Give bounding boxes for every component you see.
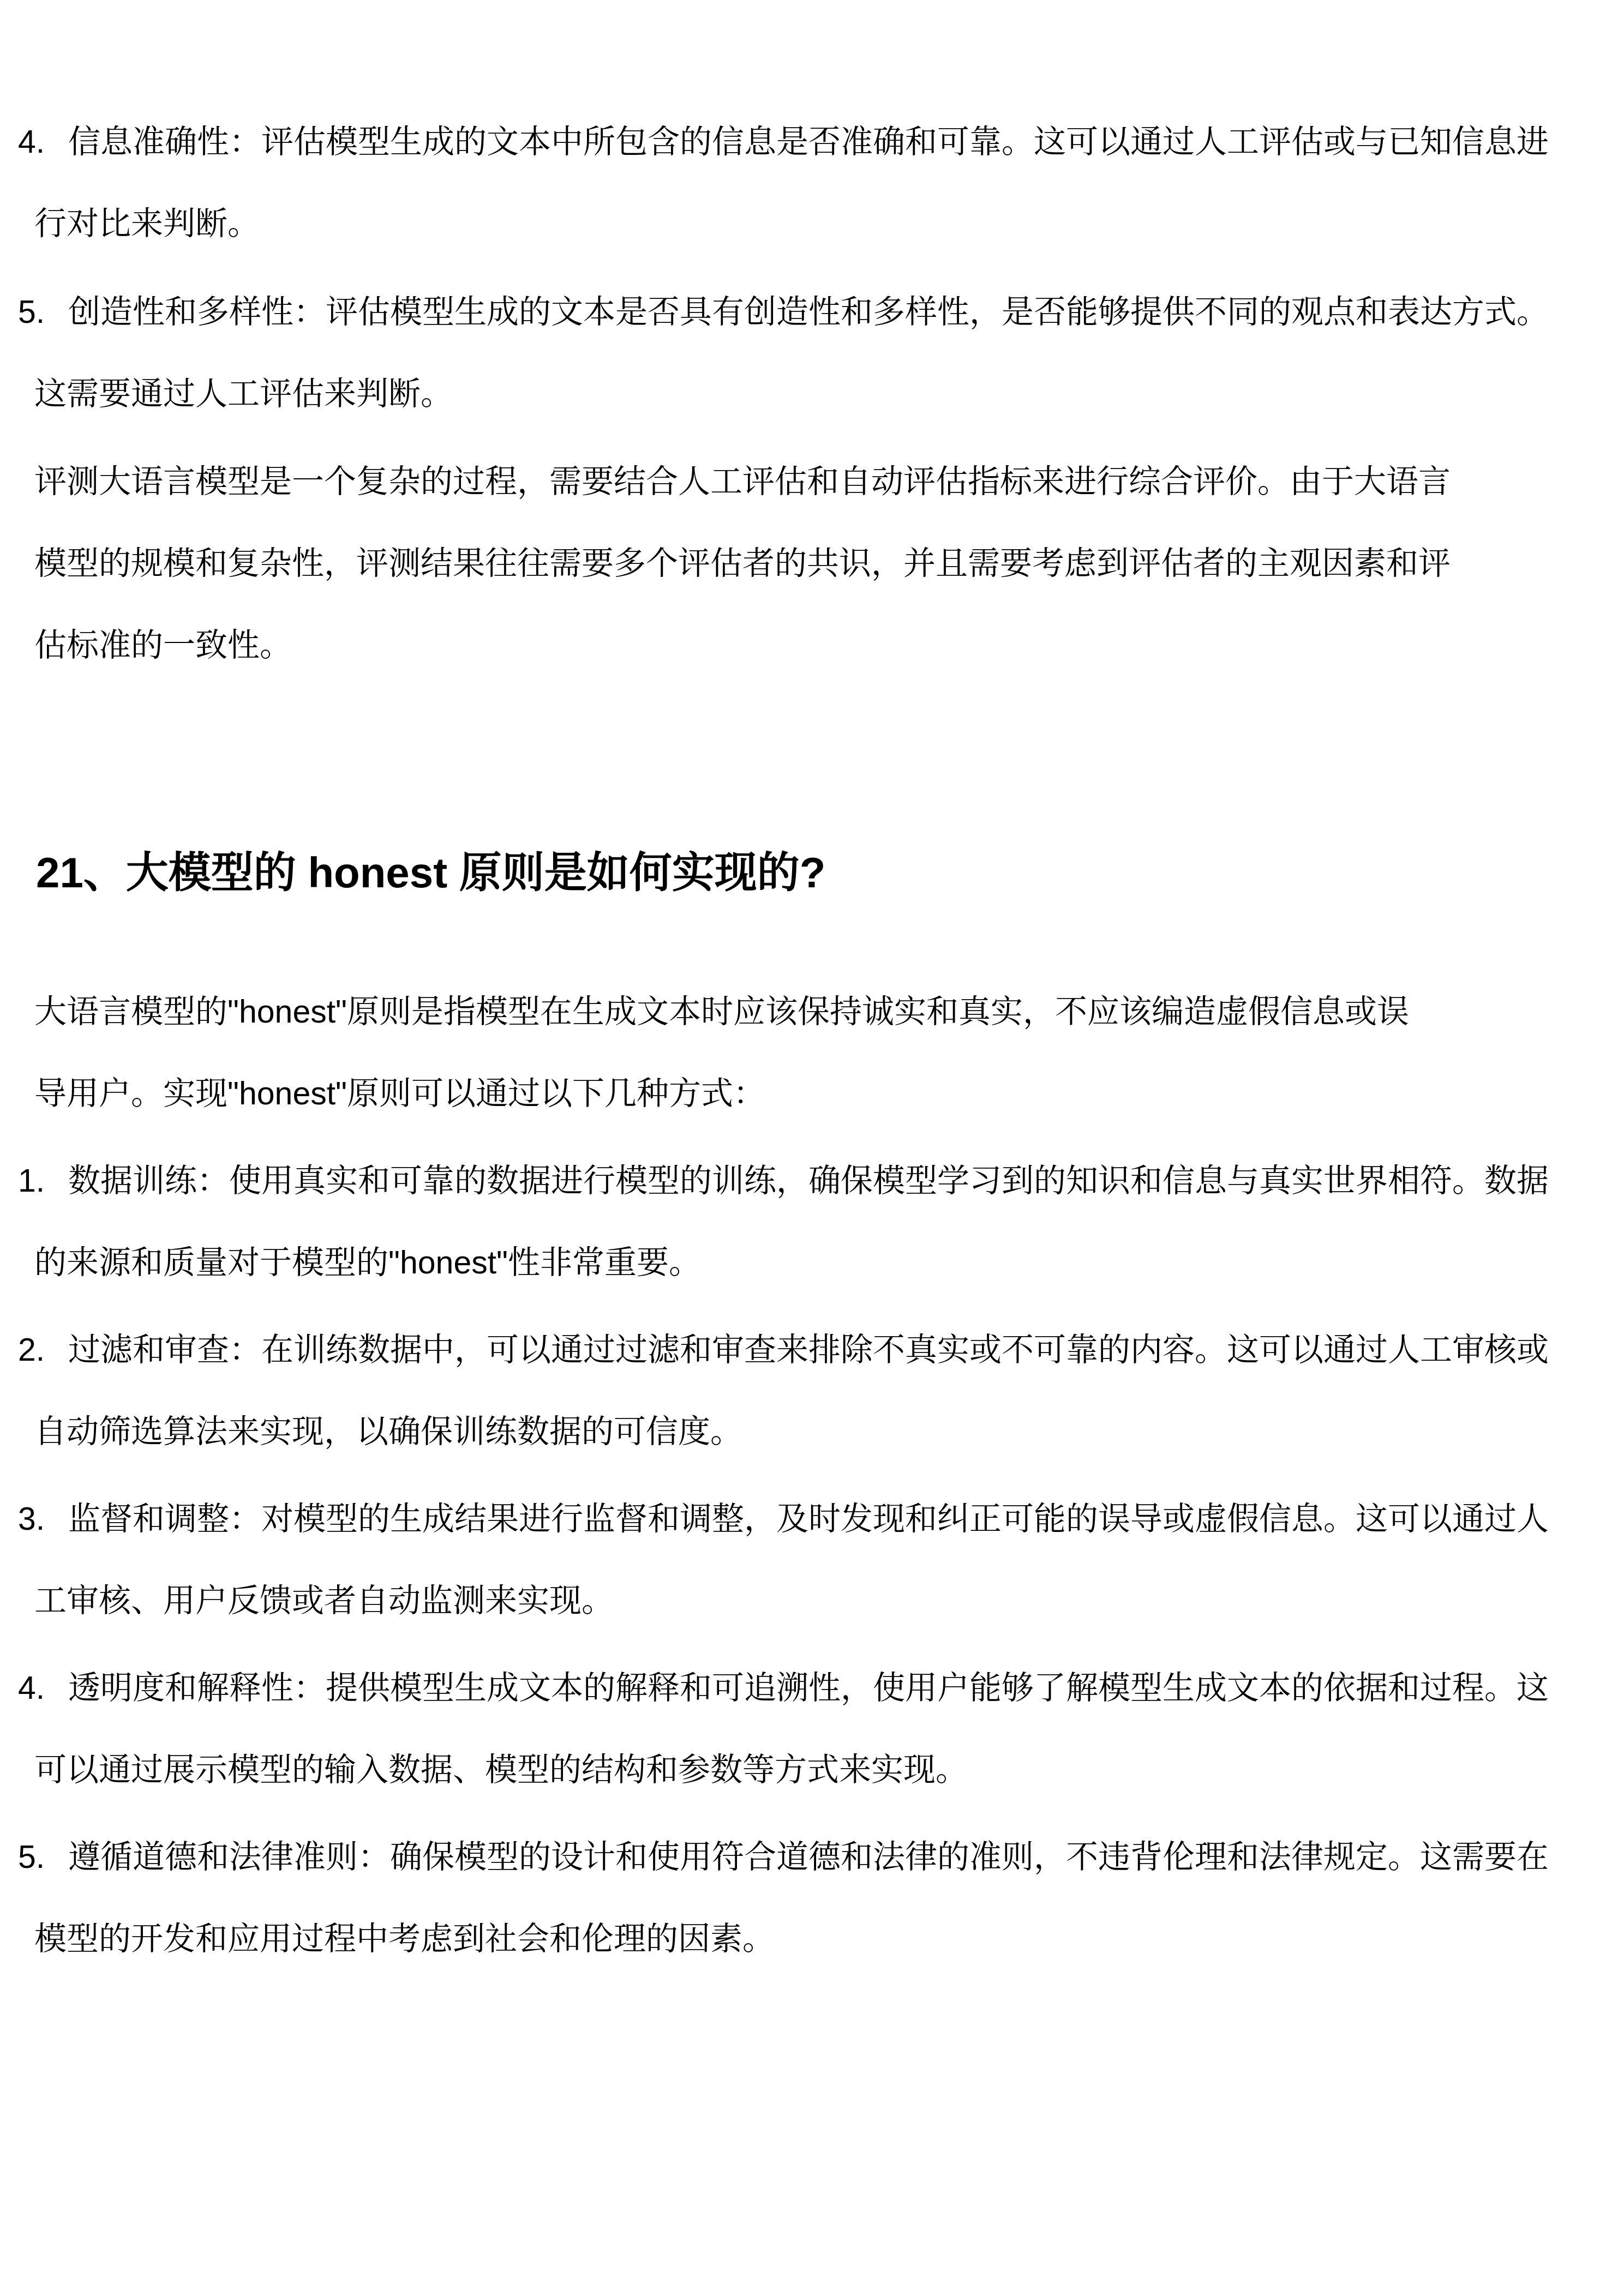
text-line: 评测大语言模型是一个复杂的过程，需要结合人工评估和自动评估指标来进行综合评价。由… — [34, 441, 1451, 522]
text-line: 可以通过展示模型的输入数据、模型的结构和参数等方式来实现。 — [34, 1729, 1549, 1811]
text-line: 过滤和审查：在训练数据中，可以通过过滤和审查来排除不真实或不可靠的内容。这可以通… — [68, 1309, 1549, 1391]
list-item-main-1: 1. 数据训练：使用真实和可靠的数据进行模型的训练，确保模型学习到的知识和信息与… — [34, 1140, 1549, 1303]
list-item-number: 3. — [18, 1478, 45, 1560]
document-page: 4. 信息准确性：评估模型生成的文本中所包含的信息是否准确和可靠。这可以通过人工… — [0, 0, 1624, 2296]
list-item-number: 5. — [18, 1816, 45, 1898]
text-line: 模型的规模和复杂性，评测结果往往需要多个评估者的共识，并且需要考虑到评估者的主观… — [34, 522, 1451, 604]
section-heading: 21、大模型的 honest 原则是如何实现的? — [36, 832, 825, 913]
list-item-top-5: 5. 创造性和多样性：评估模型生成的文本是否具有创造性和多样性，是否能够提供不同… — [34, 271, 1549, 435]
text-line: 导用户。实现"honest"原则可以通过以下几种方式： — [34, 1053, 1409, 1134]
text-line: 透明度和解释性：提供模型生成文本的解释和可追溯性，使用户能够了解模型生成文本的依… — [68, 1647, 1549, 1729]
text-line: 工审核、用户反馈或者自动监测来实现。 — [34, 1560, 1549, 1642]
list-item-main-2: 2. 过滤和审查：在训练数据中，可以通过过滤和审查来排除不真实或不可靠的内容。这… — [34, 1309, 1549, 1472]
text-line: 监督和调整：对模型的生成结果进行监督和调整，及时发现和纠正可能的误导或虚假信息。… — [68, 1478, 1549, 1560]
text-line: 模型的开发和应用过程中考虑到社会和伦理的因素。 — [34, 1898, 1549, 1980]
text-line: 创造性和多样性：评估模型生成的文本是否具有创造性和多样性，是否能够提供不同的观点… — [68, 271, 1549, 353]
text-line: 数据训练：使用真实和可靠的数据进行模型的训练，确保模型学习到的知识和信息与真实世… — [68, 1140, 1549, 1222]
list-item-top-4: 4. 信息准确性：评估模型生成的文本中所包含的信息是否准确和可靠。这可以通过人工… — [34, 101, 1549, 265]
text-line: 这需要通过人工评估来判断。 — [34, 353, 1549, 435]
list-item-main-3: 3. 监督和调整：对模型的生成结果进行监督和调整，及时发现和纠正可能的误导或虚假… — [34, 1478, 1549, 1642]
text-line: 自动筛选算法来实现，以确保训练数据的可信度。 — [34, 1391, 1549, 1472]
text-line: 遵循道德和法律准则：确保模型的设计和使用符合道德和法律的准则，不违背伦理和法律规… — [68, 1816, 1549, 1898]
summary-paragraph: 评测大语言模型是一个复杂的过程，需要结合人工评估和自动评估指标来进行综合评价。由… — [34, 441, 1451, 686]
text-line: 估标准的一致性。 — [34, 604, 1451, 686]
list-item-number: 1. — [18, 1140, 45, 1222]
intro-paragraph: 大语言模型的"honest"原则是指模型在生成文本时应该保持诚实和真实，不应该编… — [34, 971, 1409, 1134]
list-item-number: 2. — [18, 1309, 45, 1391]
list-item-number: 4. — [18, 101, 45, 183]
list-item-number: 4. — [18, 1647, 45, 1729]
list-item-main-5: 5. 遵循道德和法律准则：确保模型的设计和使用符合道德和法律的准则，不违背伦理和… — [34, 1816, 1549, 1980]
list-item-main-4: 4. 透明度和解释性：提供模型生成文本的解释和可追溯性，使用户能够了解模型生成文… — [34, 1647, 1549, 1811]
text-line: 大语言模型的"honest"原则是指模型在生成文本时应该保持诚实和真实，不应该编… — [34, 971, 1409, 1053]
text-line: 的来源和质量对于模型的"honest"性非常重要。 — [34, 1222, 1549, 1303]
text-line: 行对比来判断。 — [34, 183, 1549, 265]
list-item-number: 5. — [18, 271, 45, 353]
text-line: 信息准确性：评估模型生成的文本中所包含的信息是否准确和可靠。这可以通过人工评估或… — [68, 101, 1549, 183]
